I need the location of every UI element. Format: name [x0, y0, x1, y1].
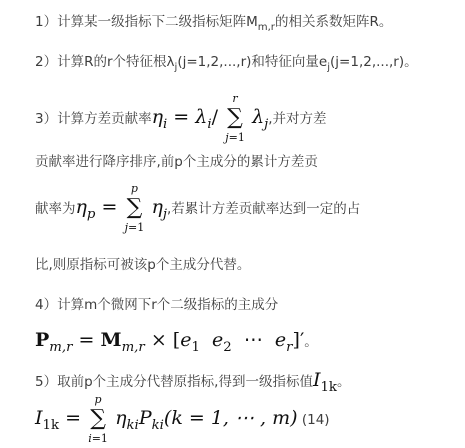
step-3-line3-suffix: ,若累计方差贡献率达到一定的占 — [167, 201, 360, 217]
summation-symbol: p∑i=1 — [87, 408, 109, 430]
summation-symbol: r∑j=1 — [224, 107, 246, 129]
step-2: 2）计算R的r个特征根λj(j=1,2,...,r)和特征向量ej(j=1,2,… — [35, 52, 418, 74]
step-1-suffix: 的相关系数矩阵R。 — [275, 14, 392, 30]
step-3-prefix: 3）计算方差贡献率 — [35, 111, 152, 127]
step-2-sub1: j — [175, 62, 178, 73]
step-2-middle: (j=1,2,...,r)和特征向量e — [177, 54, 327, 70]
step-2-prefix: 2）计算R的r个特征根λ — [35, 54, 175, 70]
step-1: 1）计算某一级指标下二级指标矩阵Mm,r的相关系数矩阵R。 — [35, 12, 392, 34]
step-1-sub: m,r — [258, 22, 275, 33]
first-level-index-formula: I1k = p∑i=1 ηkiPki(k = 1, ⋯ , m) (14) — [35, 408, 330, 430]
step-3-suffix: ,并对方差 — [268, 111, 326, 127]
step-2-sub2: j — [327, 62, 330, 73]
step-3-line3-prefix: 献率为 — [35, 201, 76, 217]
step-5-prefix: 5）取前p个主成分代替原指标,得到一级指标值 — [35, 374, 313, 390]
step-2-suffix: (j=1,2,...,r)。 — [330, 54, 418, 70]
step-3-line-2: 贡献率进行降序排序,前p个主成分的累计方差贡 — [35, 152, 318, 172]
cumulative-contribution-formula: ηp = p∑j=1 ηj — [76, 196, 167, 218]
variance-contribution-formula: ηi = λi/ r∑j=1 λj — [152, 106, 269, 128]
step-5: 5）取前p个主成分代替原指标,得到一级指标值I1k。 — [35, 370, 351, 392]
step-1-prefix: 1）计算某一级指标下二级指标矩阵M — [35, 14, 258, 30]
step-3-line-3: 献率为ηp = p∑j=1 ηj,若累计方差贡献率达到一定的占 — [35, 197, 360, 219]
step-3-line-1: 3）计算方差贡献率ηi = λi/ r∑j=1 λj,并对方差 — [35, 107, 327, 129]
principal-component-formula: Pm,r = Mm,r × [e1 e2 ⋯ er]′。 — [35, 330, 318, 352]
step-3-line-4: 比,则原指标可被该p个主成分代替。 — [35, 255, 250, 275]
equation-number: (14) — [302, 412, 330, 428]
step-4: 4）计算m个微网下r个二级指标的主成分 — [35, 295, 278, 315]
summation-symbol: p∑j=1 — [123, 197, 145, 219]
